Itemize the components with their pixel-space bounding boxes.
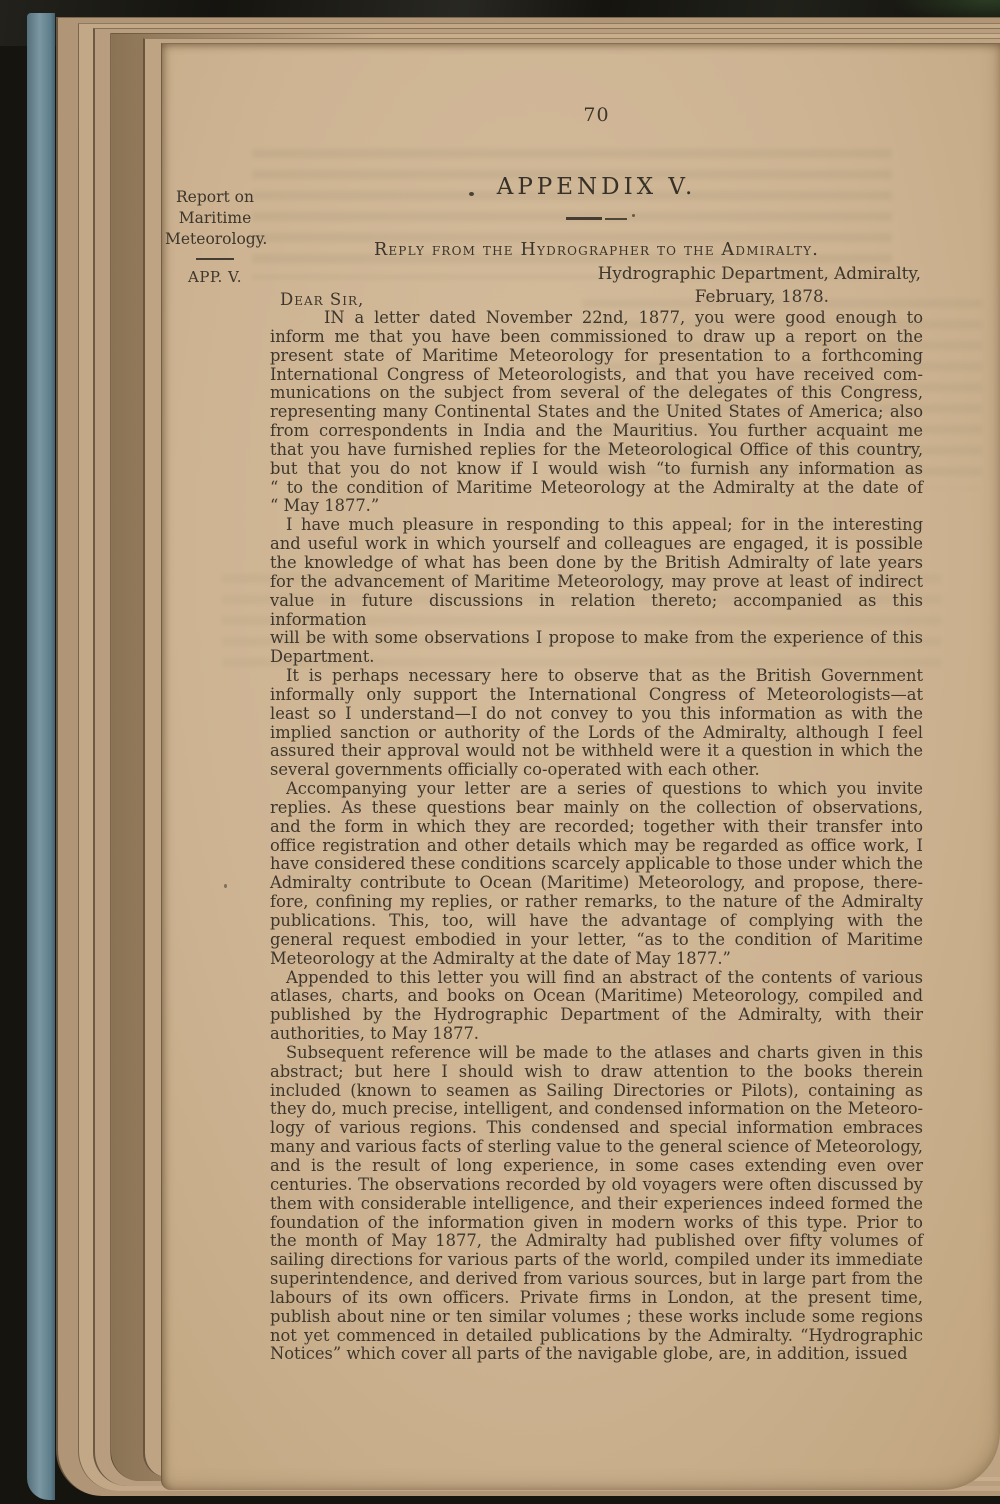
page-number: 70 bbox=[270, 104, 923, 126]
letter-line: “ to the condition of Maritime Meteorolo… bbox=[270, 479, 923, 498]
letter-line: foundation of the information given in m… bbox=[270, 1214, 923, 1233]
letter-line: the knowledge of what has been done by t… bbox=[270, 554, 923, 573]
letter-paragraph: It is perhaps necessary here to observe … bbox=[270, 667, 923, 780]
letter-line: I have much pleasure in responding to th… bbox=[270, 516, 923, 535]
letter-line: logy of various regions. This condensed … bbox=[270, 1119, 923, 1138]
letterhead-address: Hydrographic Department, Admiralty, bbox=[598, 263, 921, 283]
letter-line: the month of May 1877, the Admiralty had… bbox=[270, 1232, 923, 1251]
letter-line: representing many Continental States and… bbox=[270, 403, 923, 422]
letter-line: value in future discussions in relation … bbox=[270, 592, 923, 630]
appendix-title: APPENDIX V. bbox=[270, 174, 923, 200]
letter-line: published by the Hydrographic Department… bbox=[270, 1006, 923, 1025]
letter-line: implied sanction or authority of the Lor… bbox=[270, 724, 923, 743]
letter-line: them with considerable intelligence, and… bbox=[270, 1195, 923, 1214]
letter-line: will be with some observations I propose… bbox=[270, 629, 923, 648]
letter-paragraph: Accompanying your letter are a series of… bbox=[270, 780, 923, 968]
letter-line: included (known to seamen as Sailing Dir… bbox=[270, 1082, 923, 1101]
letter-paragraph: IN a letter dated November 22nd, 1877, y… bbox=[270, 309, 923, 516]
letter-line: publish about nine or ten similar volume… bbox=[270, 1308, 923, 1327]
letter-line: and useful work in which yourself and co… bbox=[270, 535, 923, 554]
letter-line: least so I understand—I do not convey to… bbox=[270, 705, 923, 724]
letter-line: that you have furnished replies for the … bbox=[270, 441, 923, 460]
letter-line: many and various facts of sterling value… bbox=[270, 1138, 923, 1157]
margin-note-ref: APP. V. bbox=[165, 267, 265, 288]
letter-line: general request embodied in your letter,… bbox=[270, 931, 923, 950]
letter-paragraph: I have much pleasure in responding to th… bbox=[270, 516, 923, 667]
letter-paragraph: Appended to this letter you will find an… bbox=[270, 969, 923, 1044]
letter-line: International Congress of Meteorologists… bbox=[270, 366, 923, 385]
letter-line: sailing directions for various parts of … bbox=[270, 1251, 923, 1270]
margin-note-rule bbox=[196, 258, 234, 260]
margin-note-line: Meteorology. bbox=[165, 229, 265, 250]
letter-line: It is perhaps necessary here to observe … bbox=[270, 667, 923, 686]
letter-line: publications. This, too, will have the a… bbox=[270, 912, 923, 931]
salutation: Dear Sir, bbox=[280, 290, 364, 309]
letter-line: atlases, charts, and books on Ocean (Mar… bbox=[270, 987, 923, 1006]
letter-line: authorities, to May 1877. bbox=[270, 1025, 923, 1044]
letter-line: for the advancement of Maritime Meteorol… bbox=[270, 573, 923, 592]
book-cover-edge bbox=[27, 13, 55, 1500]
divider-dash bbox=[566, 217, 602, 220]
book-scan: Report on Maritime Meteorology. APP. V. … bbox=[0, 0, 1000, 1504]
title-divider-rule bbox=[566, 217, 628, 220]
letter-line: IN a letter dated November 22nd, 1877, y… bbox=[270, 309, 923, 328]
letter-line: assured their approval would not be with… bbox=[270, 742, 923, 761]
letter-line: Meteorology at the Admiralty at the date… bbox=[270, 950, 923, 969]
letter-line: several governments officially co-operat… bbox=[270, 761, 923, 780]
letter-line: they do, much precise, intelligent, and … bbox=[270, 1100, 923, 1119]
letter-line: informally only support the Internationa… bbox=[270, 686, 923, 705]
letter-line: Accompanying your letter are a series of… bbox=[270, 780, 923, 799]
letter-line: “ May 1877.” bbox=[270, 497, 923, 516]
book-page: Report on Maritime Meteorology. APP. V. … bbox=[161, 43, 1000, 1490]
margin-note-line: Report on bbox=[165, 187, 265, 208]
letter-line: fore, confining my replies, or rather re… bbox=[270, 893, 923, 912]
margin-note-line: Maritime bbox=[165, 208, 265, 229]
letter-line: office registration and other details wh… bbox=[270, 837, 923, 856]
text-column: 70 APPENDIX V. Reply from the Hydrograph… bbox=[270, 44, 923, 1490]
letter-line: replies. As these questions bear mainly … bbox=[270, 799, 923, 818]
letter-line: but that you do not know if I would wish… bbox=[270, 460, 923, 479]
letter-line: Subsequent reference will be made to the… bbox=[270, 1044, 923, 1063]
letter-line: have considered these conditions scarcel… bbox=[270, 855, 923, 874]
letter-line: and the form in which they are recorded;… bbox=[270, 818, 923, 837]
letter-line: Department. bbox=[270, 648, 923, 667]
letter-body: IN a letter dated November 22nd, 1877, y… bbox=[270, 309, 923, 1364]
letter-line: labours of its own officers. Private fir… bbox=[270, 1289, 923, 1308]
letter-line: present state of Maritime Meteorology fo… bbox=[270, 347, 923, 366]
letterhead-date: February, 1878. bbox=[695, 286, 829, 306]
letter-line: munications on the subject from several … bbox=[270, 384, 923, 403]
divider-dash bbox=[605, 218, 627, 220]
letter-line: Appended to this letter you will find an… bbox=[270, 969, 923, 988]
margin-note: Report on Maritime Meteorology. APP. V. bbox=[165, 187, 265, 288]
letter-line: and is the result of long experience, in… bbox=[270, 1157, 923, 1176]
letter-line: Notices” which cover all parts of the na… bbox=[270, 1345, 923, 1364]
letter-paragraph: Subsequent reference will be made to the… bbox=[270, 1044, 923, 1364]
letter-line: from correspondents in India and the Mau… bbox=[270, 422, 923, 441]
letter-line: abstract; but here I should wish to draw… bbox=[270, 1063, 923, 1082]
paper-speck bbox=[224, 884, 227, 888]
letter-line: not yet commenced in detailed publicatio… bbox=[270, 1327, 923, 1346]
section-heading: Reply from the Hydrographer to the Admir… bbox=[270, 240, 923, 260]
letter-line: Admiralty contribute to Ocean (Maritime)… bbox=[270, 874, 923, 893]
letter-line: inform me that you have been commissione… bbox=[270, 328, 923, 347]
letter-line: superintendence, and derived from variou… bbox=[270, 1270, 923, 1289]
letter-line: centuries. The observations recorded by … bbox=[270, 1176, 923, 1195]
